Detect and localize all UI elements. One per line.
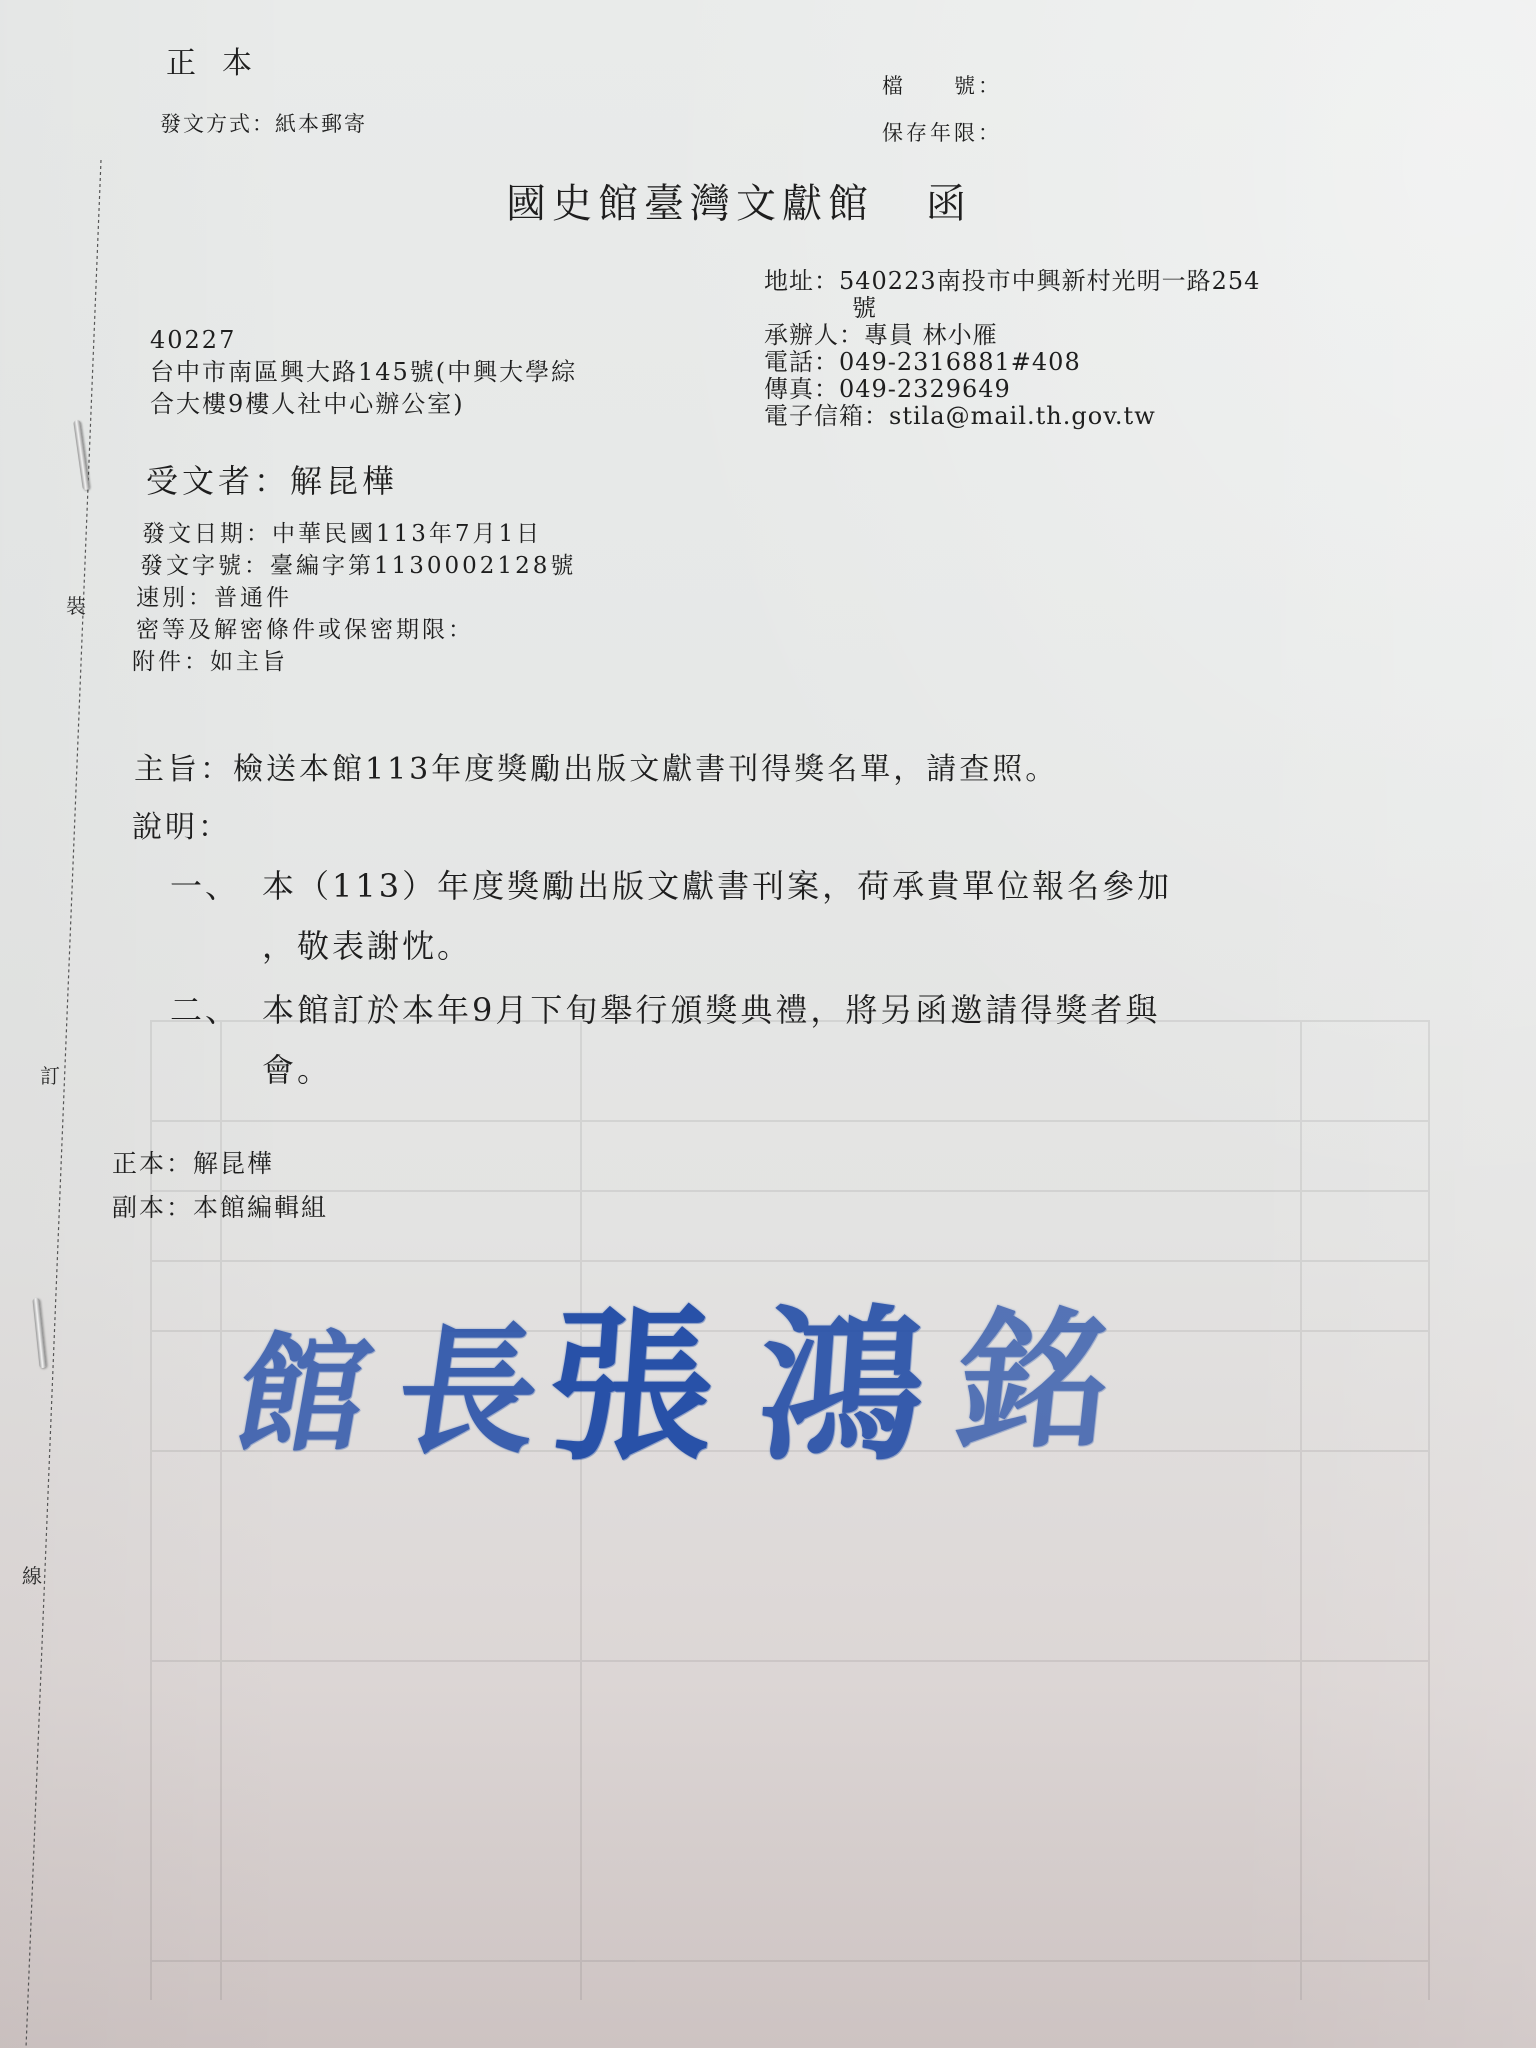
document-kind: 函 [926, 181, 972, 227]
distribution: 正本：解昆樺 副本：本館編輯組 [112, 1142, 328, 1230]
document-info: 發文日期：中華民國113年7月1日 發文字號：臺編字第1130002128號 速… [136, 518, 576, 678]
sender-contact: 地址：540223南投市中興新村光明一路254 號 承辦人：專員 林小雁 電話：… [764, 268, 1260, 430]
explanation-item-1: 一、本（113）年度獎勵出版文獻書刊案，荷承貴單位報名參加 ，敬表謝忱。 [170, 856, 1172, 976]
explanation-item-2: 二、本館訂於本年9月下旬舉行頒獎典禮，將另函邀請得獎者與 會。 [170, 980, 1160, 1100]
sender-address-cont: 號 [764, 295, 1260, 322]
recipient-address: 40227 台中市南區興大路145號(中興大學綜 合大樓9樓人社中心辦公室) [150, 324, 577, 420]
email: 電子信箱：stila@mail.th.gov.tw [764, 403, 1260, 430]
director-signature-stamp: 館 長 張 鴻 銘 [230, 1250, 1150, 1450]
binding-label-xian: 線 [22, 1560, 42, 1589]
item-text-line2: ，敬表謝忱。 [170, 916, 1172, 976]
show-through-table [150, 1020, 1430, 2000]
delivery-speed: 速別：普通件 [136, 582, 576, 614]
binding-label-zhuang: 裝 [66, 590, 86, 619]
item-text-line1: 本（113）年度獎勵出版文獻書刊案，荷承貴單位報名參加 [262, 867, 1172, 905]
addressee: 受文者：解昆樺 [146, 456, 398, 502]
issue-date: 發文日期：中華民國113年7月1日 [136, 518, 576, 550]
copy-type: 正本 [166, 38, 278, 82]
subject: 主旨：檢送本館113年度獎勵出版文獻書刊得獎名單，請查照。 [134, 744, 1058, 788]
original-recipient: 正本：解昆樺 [112, 1142, 328, 1186]
retention-label: 保存年限： [882, 117, 1002, 147]
fax: 傳真：049-2329649 [764, 376, 1260, 403]
item-text-line1: 本館訂於本年9月下旬舉行頒獎典禮，將另函邀請得獎者與 [262, 991, 1160, 1029]
copy-recipient: 副本：本館編輯組 [112, 1186, 328, 1230]
security-level: 密等及解密條件或保密期限： [136, 614, 576, 646]
document-number: 發文字號：臺編字第1130002128號 [136, 550, 576, 582]
recipient-address-line1: 台中市南區興大路145號(中興大學綜 [150, 356, 577, 388]
explanation-label: 說明： [132, 802, 231, 846]
stamp-char: 館 [224, 1290, 387, 1477]
send-method: 發文方式：紙本郵寄 [160, 108, 367, 138]
binding-label-ding: 訂 [40, 1060, 60, 1089]
recipient-address-line2: 合大樓9樓人社中心辦公室) [150, 388, 577, 420]
recipient-postal-code: 40227 [150, 324, 577, 356]
item-number: 二、 [170, 980, 262, 1040]
document-title: 國史館臺灣文獻館函 [506, 172, 972, 229]
stamp-char: 長 [386, 1280, 554, 1481]
attachment: 附件：如主旨 [132, 646, 576, 678]
handler: 承辦人：專員 林小雁 [764, 322, 1260, 349]
binding-dashed-line [0, 0, 120, 2048]
sender-address: 地址：540223南投市中興新村光明一路254 [764, 268, 1260, 295]
file-number-label: 檔 號： [882, 70, 1002, 100]
stamp-char: 張 [542, 1255, 724, 1492]
item-text-line2: 會。 [170, 1040, 1160, 1100]
item-number: 一、 [170, 856, 262, 916]
phone: 電話：049-2316881#408 [764, 349, 1260, 376]
stamp-char: 鴻 [752, 1255, 934, 1492]
agency-name: 國史館臺灣文獻館 [506, 181, 874, 227]
stamp-char: 銘 [949, 1260, 1122, 1476]
